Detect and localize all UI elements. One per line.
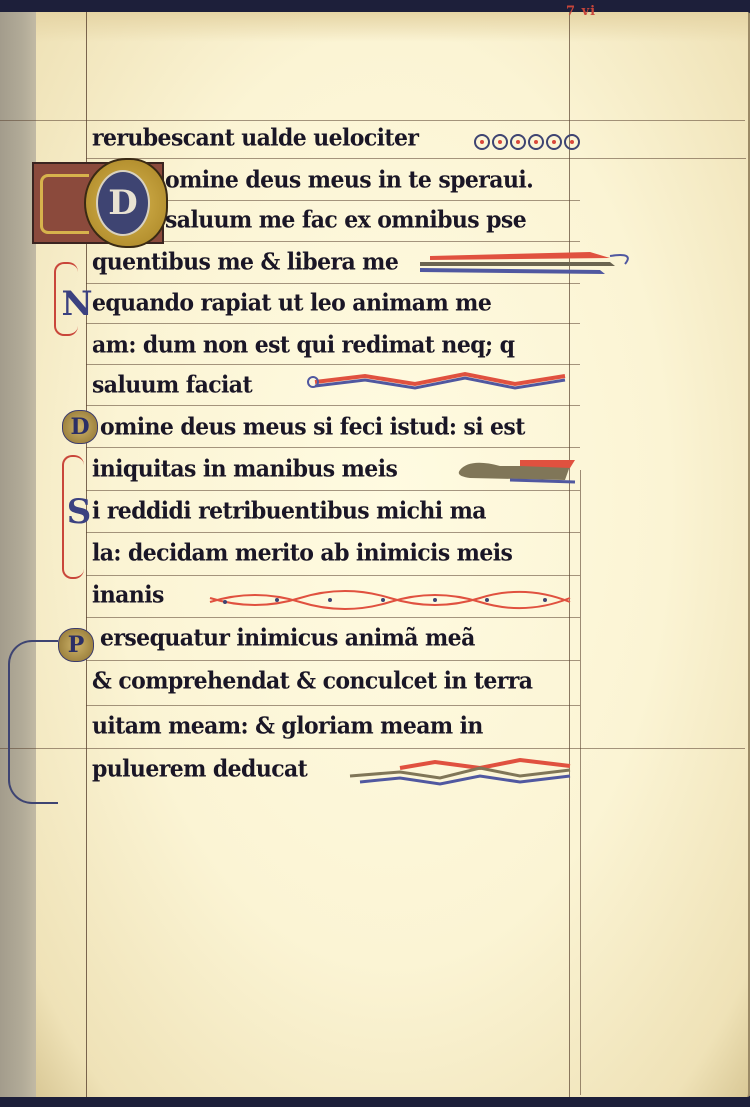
ruling-line [86,660,580,661]
line-filler-zigzag-2 [340,758,575,788]
text-line-2: omine deus meus in te speraui. [165,166,533,193]
text-line-16: puluerem deducat [92,755,307,782]
page-top-stain [36,12,748,42]
gold-initial-p: P [58,628,94,662]
gold-initial-d: D [62,410,98,444]
ruling-line [86,405,580,406]
text-line-1: rerubescant ualde uelociter [92,124,418,151]
ruling-vertical-right-2 [580,470,581,1095]
ruling-line [86,617,580,618]
ruling-line [86,364,580,365]
ruling-vertical-right [569,12,570,1097]
text-line-6: am: dum non est qui redimat neq; q [92,331,514,358]
illuminated-initial-d: D [30,158,162,244]
blue-flourish-p [8,640,58,804]
blue-initial-s: S [64,492,94,532]
text-line-9: iniquitas in manibus meis [92,455,397,482]
ruling-line [86,490,580,491]
text-line-13: ersequatur inimicus animã meã [100,624,475,651]
line-filler-zigzag [305,368,575,394]
ruling-top [0,120,745,121]
ruling-line [0,748,745,749]
ruling-line [86,283,580,284]
text-line-7: saluum faciat [92,371,252,398]
ruling-line [86,705,580,706]
initial-letter: D [96,170,150,236]
text-line-14: & comprehendat & conculcet in terra [92,667,532,694]
line-filler-dragon [450,456,585,486]
blue-initial-n: N [62,283,92,325]
line-filler-circles [472,128,582,152]
text-line-15: uitam meam: & gloriam meam in [92,712,483,739]
ruling-line [86,158,746,159]
text-line-4: quentibus me & libera me [92,248,398,275]
text-line-5: equando rapiat ut leo animam me [92,289,491,316]
text-line-8: omine deus meus si feci istud: si est [100,413,525,440]
ruling-line [86,447,580,448]
line-filler-bar [410,248,630,278]
folio-number: 7 vi [566,4,596,19]
ruling-line [86,323,580,324]
text-line-3: saluum me fac ex omnibus pse [165,206,526,233]
ruling-line [86,575,580,576]
text-line-10: i reddidi retribuentibus michi ma [92,497,486,524]
text-line-12: inanis [92,581,164,608]
line-filler-twist [205,588,575,612]
text-line-11: la: decidam merito ab inimicis meis [92,539,512,566]
ruling-line [86,532,580,533]
